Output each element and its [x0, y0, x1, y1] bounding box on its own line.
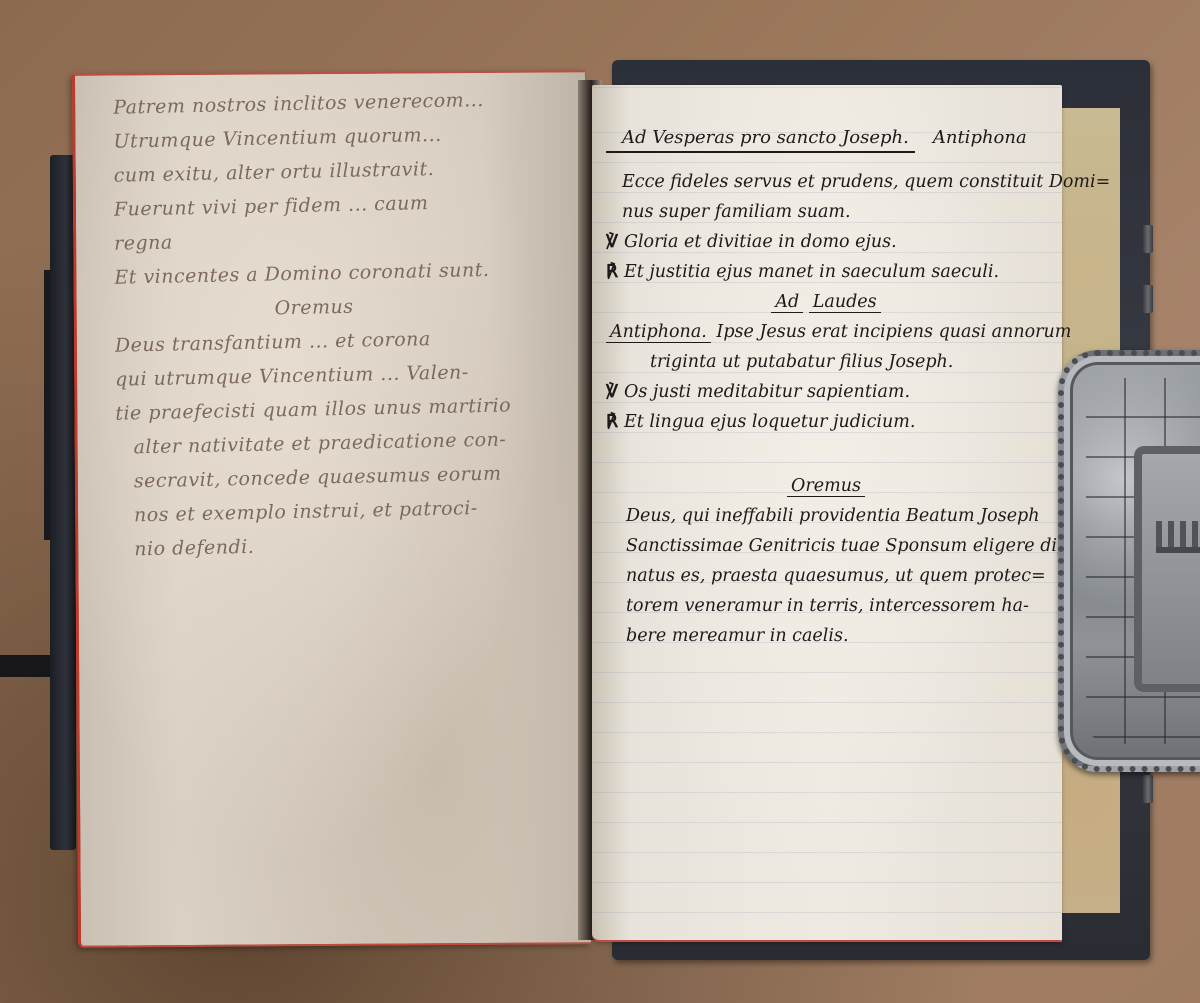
antiphon-line: nus super familiam suam. [606, 197, 1066, 227]
response-icon: ℟ [606, 412, 618, 432]
left-page: Patrem nostros inclitos venerecom... Utr… [72, 70, 591, 948]
versicle-row: ℣Os justi meditabitur sapientiam. [606, 377, 1066, 407]
clasp-emblem-icon [1134, 446, 1200, 692]
prayer-line: torem veneramur in terris, intercessorem… [606, 591, 1066, 621]
spacer [606, 153, 1066, 167]
clasp-hinge-mid [1143, 285, 1153, 313]
back-cover-spine [50, 155, 76, 850]
response-text: Et lingua ejus loquetur judicium. [624, 412, 915, 432]
crown-icon [1156, 521, 1200, 553]
response-row: ℟Et lingua ejus loquetur judicium. [606, 407, 1066, 437]
vespers-title: Ad Vesperas pro sancto Joseph. [606, 123, 915, 153]
versicle-icon: ℣ [606, 382, 618, 402]
metal-clasp [1058, 350, 1200, 772]
clasp-hinge-bottom [1143, 775, 1153, 803]
response-text: Et justitia ejus manet in saeculum saecu… [624, 262, 999, 282]
lauds-antiphona-label: Antiphona. [606, 322, 711, 343]
oremus-heading-text: Oremus [787, 476, 865, 497]
clasp-hinge-top [1143, 225, 1153, 253]
response-row: ℟Et justitia ejus manet in saeculum saec… [606, 257, 1066, 287]
prayer-line: bere mereamur in caelis. [606, 621, 1066, 651]
response-icon: ℟ [606, 262, 618, 282]
versicle-text: Os justi meditabitur sapientiam. [624, 382, 910, 402]
lauds-heading-laudes: Laudes [809, 292, 881, 313]
right-page-text: Ad Vesperas pro sancto Joseph. Antiphona… [606, 123, 1066, 651]
prayer-line: natus es, praesta quaesumus, ut quem pro… [606, 561, 1066, 591]
lauds-antiphon-line: triginta ut putabatur filius Joseph. [606, 347, 1066, 377]
versicle-text: Gloria et divitiae in domo ejus. [624, 232, 897, 252]
oremus-heading: Oremus [606, 471, 1066, 501]
antiphona-label: Antiphona [933, 123, 1027, 153]
lauds-heading-ad: Ad [771, 292, 803, 313]
prayer-line: Sanctissimae Genitricis tuae Sponsum eli… [606, 531, 1066, 561]
antiphon-line: Ecce fideles servus et prudens, quem con… [606, 167, 1066, 197]
right-page: Ad Vesperas pro sancto Joseph. Antiphona… [592, 85, 1062, 942]
lauds-antiphon-text: Ipse Jesus erat incipiens quasi annorum [716, 322, 1071, 342]
lauds-heading: Ad Laudes [606, 287, 1066, 317]
spacer [606, 437, 1066, 471]
left-page-text: Patrem nostros inclitos venerecom... Utr… [113, 84, 576, 563]
prayer-line: Deus, qui ineffabili providentia Beatum … [606, 501, 1066, 531]
versicle-row: ℣Gloria et divitiae in domo ejus. [606, 227, 1066, 257]
vespers-title-row: Ad Vesperas pro sancto Joseph. Antiphona [606, 123, 1066, 153]
versicle-icon: ℣ [606, 232, 618, 252]
lauds-antiphon-row: Antiphona. Ipse Jesus erat incipiens qua… [606, 317, 1066, 347]
